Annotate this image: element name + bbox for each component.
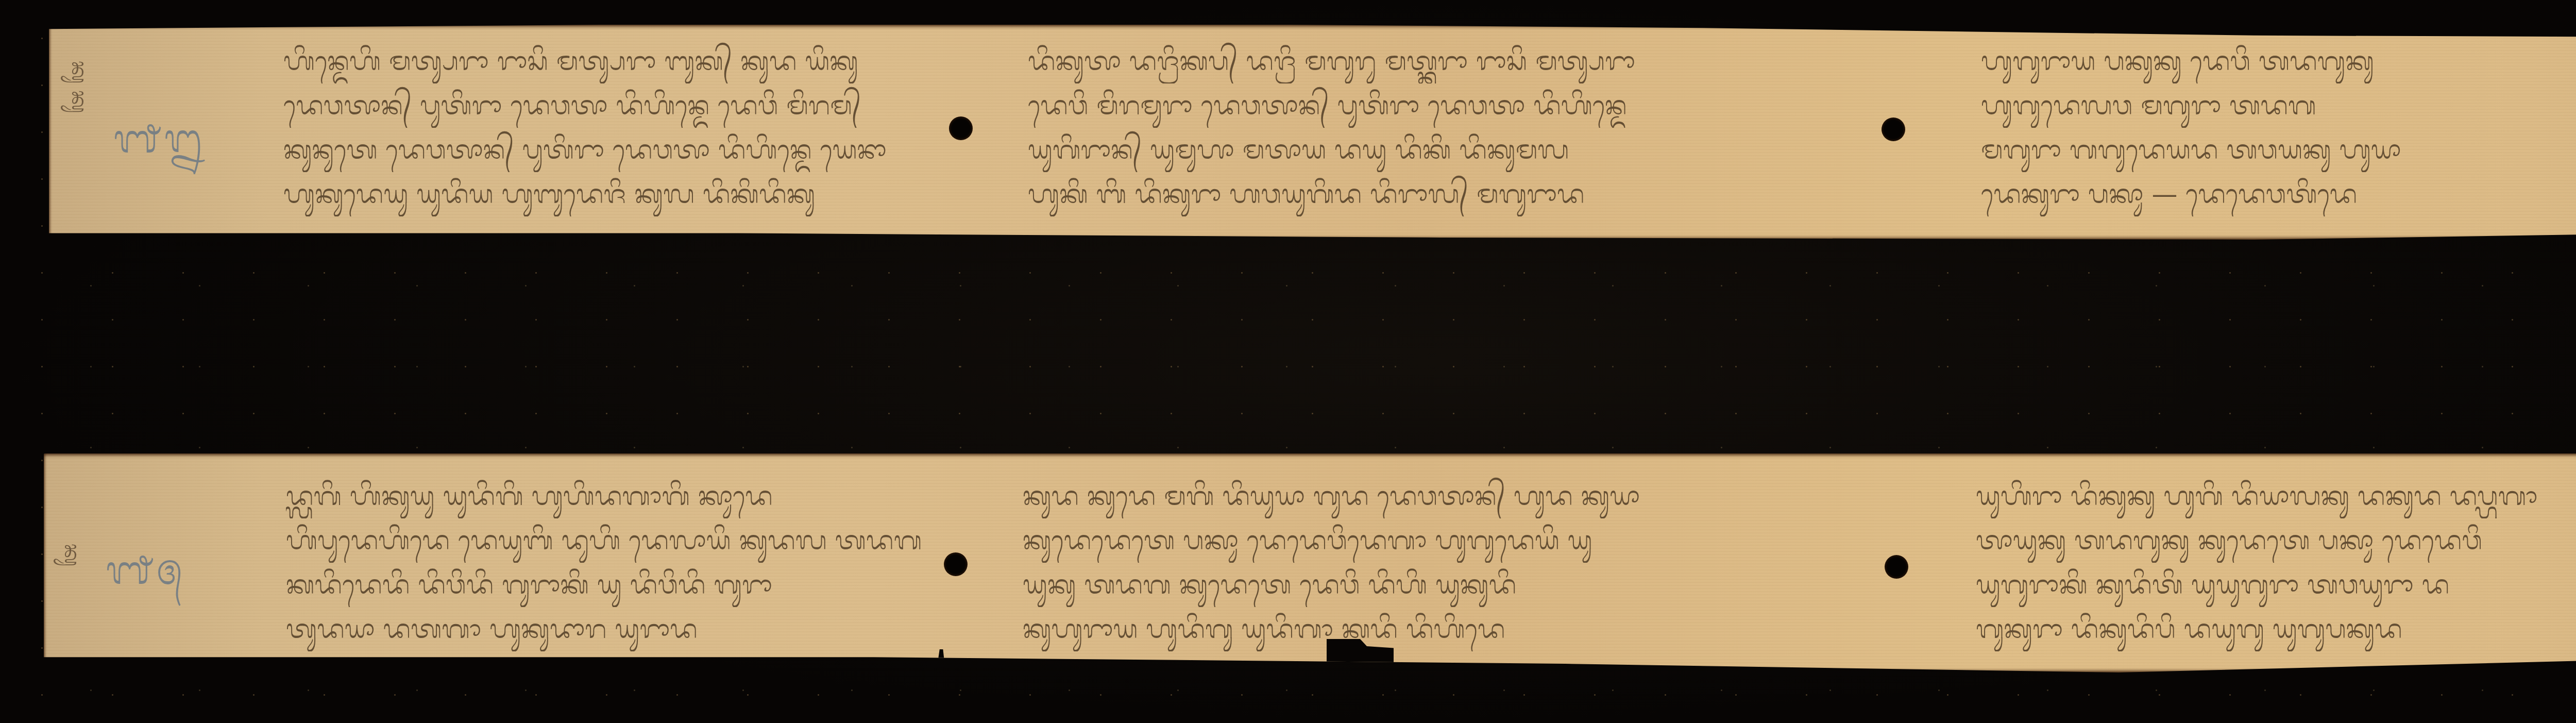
edge-tear [935, 649, 946, 680]
text-line: ᬕᬸᬓᬸᬭᬵ ᬤᬶᬓᬸᬤᬶᬧᬶ ᬤᬬᬸᬕᬸ ᬬᬸᬕᬸᬧᬓᬸᬤ [1976, 607, 2538, 651]
text-line: ᬓᬸᬤᬾᬤᬾᬢᬾ ᬧᬓᬸᬵ ᬤᬾᬤᬾᬯᬶᬤᬾᬕᬵ ᬳᬸᬕᬸᬤᬾᬬᬶ ᬬᬸ [1023, 518, 1640, 563]
string-hole-right [1882, 117, 1905, 141]
text-column-middle: ᬤᬶᬓᬸᬢᬵ ᬤᬚ᭄ᬭᬶᬓᬧ᭄ ᬤᬚ᭄ᬭᬶ ᬫᬕᬸᬭᬸ ᬫᬢ᭄ᬓᬸᬭᬵ ᬭᬵᬲᬶ… [1028, 39, 1635, 216]
text-line: ᬫᬕᬸᬭᬵ ᬕᬕᬸᬤᬾᬬᬤ ᬢᬯᬬᬓᬸ ᬳᬸᬬᬵ [1981, 128, 2401, 172]
text-line: ᬳᬸᬓᬸᬤᬾᬬᬸ ᬬᬸᬤᬶᬬ ᬳᬸᬩᬸᬤᬾᬚᬶ ᬓᬸᬮ ᬤᬶᬓᬶᬤᬶᬓᬸ [283, 172, 887, 216]
text-line: ᬤᬶᬓᬸᬢᬵ ᬤᬚ᭄ᬭᬶᬓᬧ᭄ ᬤᬚ᭄ᬭᬶ ᬫᬕᬸᬭᬸ ᬫᬢ᭄ᬓᬸᬭᬵ ᬭᬵᬲᬶ… [1028, 39, 1635, 83]
text-line: ᬤᬾᬯᬶ ᬫᬶᬭᬫᬸᬭᬵ ᬤᬾᬯᬢᬵᬦ᭄ ᬧᬸᬢᬶᬭᬵ ᬤᬾᬯᬢᬵ ᬤᬶᬳᬶᬦ᭄… [1028, 83, 1635, 128]
text-line: ᬤ᭄ᬮᬸᬕᬶ ᬳᬶᬓᬸᬬᬸ ᬬᬸᬤᬶᬕᬶ ᬳᬸᬳᬶᬤᬕᬵᬕᬶ ᬓᬸᬵᬤᬾ [286, 474, 922, 518]
string-hole-left [944, 552, 968, 576]
text-line: ᬓᬤᬶᬤᬾᬤᬶ ᬤᬶᬯᬶᬤᬶ ᬕᬸᬭᬵᬓᬶ ᬬᬸ ᬤᬶᬯᬶᬤᬶ ᬕᬸᬭᬵ [286, 563, 922, 607]
folio-number: ᭑᭒ [113, 110, 205, 182]
margin-note: ᬓᬸ ᬓᬸ [60, 61, 97, 113]
text-line: ᬬᬸᬕᬸᬭᬵᬓᬶ ᬓᬸᬤᬶᬢᬶ ᬬᬸᬬᬸᬕᬸᬭᬵ ᬢᬯᬬᬸᬭᬵ ᬤ [1976, 563, 2538, 607]
text-line: ᬢᬵᬬᬸᬓᬸ ᬢᬤᬕᬸᬓᬸ ᬓᬸᬤᬾᬢᬾ ᬧᬓᬸᬵ ᬤᬾᬤᬾᬯᬶ [1976, 518, 2538, 563]
string-hole-left [949, 116, 973, 140]
text-column-left: ᬳᬶᬦ᭄ᬤᬾᬳᬶ ᬫᬢ᭄ᬲᬭᬵ ᬭᬵᬲᬶ ᬫᬢ᭄ᬲᬭᬵ ᬩᬸᬓ᭄ ᬓᬸᬤ ᬬᬶᬓ… [283, 39, 887, 216]
palm-leaf-folio-12: ᬓᬸ ᬓᬸ ᭑᭒ ᬳᬶᬦ᭄ᬤᬾᬳᬶ ᬫᬢ᭄ᬲᬭᬵ ᬭᬵᬲᬶ ᬫᬢ᭄ᬲᬭᬵ ᬩᬸᬓ… [49, 25, 2576, 240]
margin-note: ᬓᬸ [53, 544, 90, 566]
palm-leaf-folio-15: ᬓᬸ ᭑᭕ ᬤ᭄ᬮᬸᬕᬶ ᬳᬶᬓᬸᬬᬸ ᬬᬸᬤᬶᬕᬶ ᬳᬸᬳᬶᬤᬕᬵᬕᬶ ᬓᬸᬵ… [44, 453, 2576, 672]
string-hole-right [1885, 555, 1908, 579]
text-line: ᬬᬸᬳᬶᬭᬵ ᬤᬶᬓᬸᬓᬸ ᬳᬸᬕᬶ ᬤᬶᬬᬵᬮᬓᬸ ᬤᬓᬸᬤ ᬤᬧ᭄ᬳᬸᬕᬵ [1976, 474, 2538, 518]
text-line: ᬤᬾᬯᬢᬵᬦ᭄ ᬧᬸᬢᬶᬭᬵ ᬤᬾᬯᬢᬵ ᬤᬶᬳᬶᬦ᭄ᬤᬾ ᬤᬾᬯᬶ ᬫᬶᬭᬫ᭄ [283, 83, 887, 128]
text-line: ᬤᬾᬓᬸᬭᬵ ᬧᬓᬸᬵ — ᬤᬾᬤᬾᬯᬢᬶᬤᬾ [1981, 172, 2401, 216]
text-column-right: ᬬᬸᬳᬶᬭᬵ ᬤᬶᬓᬸᬓᬸ ᬳᬸᬕᬶ ᬤᬶᬬᬵᬮᬓᬸ ᬤᬓᬸᬤ ᬤᬧ᭄ᬳᬸᬕᬵ … [1976, 474, 2538, 651]
text-column-left: ᬤ᭄ᬮᬸᬕᬶ ᬳᬶᬓᬸᬬᬸ ᬬᬸᬤᬶᬕᬶ ᬳᬸᬳᬶᬤᬕᬵᬕᬶ ᬓᬸᬵᬤᬾ ᬳᬶᬧ… [286, 474, 922, 651]
text-line: ᬳᬸᬕᬸᬤᬾᬮᬯ ᬫᬕᬸᬭᬵ ᬢᬤᬕ [1981, 83, 2401, 128]
text-line: ᬬᬸᬓᬸ ᬢᬤᬕ ᬓᬸᬤᬾᬢᬾ ᬤᬾᬯᬶ ᬤᬶᬳᬶ ᬬᬸᬓᬸᬤᬶ [1023, 563, 1640, 607]
text-line: ᬢᬸᬤᬬᬵ ᬤᬢᬕᬵ ᬳᬸᬓᬸᬤᬵᬭ ᬬᬸᬭᬵᬤ [286, 607, 922, 651]
text-line: ᬳᬶᬦ᭄ᬤᬾᬳᬶ ᬫᬢ᭄ᬲᬭᬵ ᬭᬵᬲᬶ ᬫᬢ᭄ᬲᬭᬵ ᬩᬸᬓ᭄ ᬓᬸᬤ ᬬᬶᬓ… [283, 39, 887, 83]
text-line: ᬓᬸᬤ ᬓᬸᬤᬾ ᬫᬕᬶ ᬤᬶᬬᬸᬬᬵ ᬕᬸᬤ ᬤᬾᬯᬢᬵᬦ᭄ ᬳᬸᬤ ᬓᬸᬬᬵ [1023, 474, 1640, 518]
text-column-middle: ᬓᬸᬤ ᬓᬸᬤᬾ ᬫᬕᬶ ᬤᬶᬬᬸᬬᬵ ᬕᬸᬤ ᬤᬾᬯᬢᬵᬦ᭄ ᬳᬸᬤ ᬓᬸᬬᬵ… [1023, 474, 1640, 651]
text-line: ᬓᬸᬦᬸᬢᬾ ᬤᬾᬯᬢᬵᬦ᭄ ᬧᬸᬢᬶᬭᬵ ᬤᬾᬯᬢᬵ ᬤᬶᬳᬶᬦ᭄ᬤᬾ ᬬᬾᬦ… [283, 128, 887, 172]
text-line: ᬳᬸᬕᬸᬭᬵᬬ ᬧᬓᬸᬓᬸ ᬤᬾᬯᬶ ᬢᬤᬕᬸᬓᬸ [1981, 39, 2401, 83]
text-line: ᬳᬶᬧᬸᬤᬾᬳᬶᬤᬾ ᬤᬾᬬᬸᬩᬶ ᬤᬸᬳᬶ ᬤᬾᬮᬵᬬᬶ ᬓᬸᬤᬮ ᬢᬤᬕ [286, 518, 922, 563]
text-line: ᬬᬸᬕᬶᬭᬵᬦ᭄ ᬬᬸᬫᬸᬳᬵ ᬫᬢᬵᬬ ᬤᬬᬸ ᬤᬶᬓᬶ ᬤᬶᬓᬸᬫᬮ [1028, 128, 1635, 172]
text-line: ᬳᬸᬓᬶ ᬩᬶ ᬤᬶᬓᬸᬭᬵ ᬳᬯᬬᬸᬕᬶᬤ ᬤᬶᬭᬵᬮ᭄ ᬫᬕᬸᬭᬵᬤ [1028, 172, 1635, 216]
folio-number: ᭑᭕ [106, 541, 185, 613]
text-column-right: ᬳᬸᬕᬸᬭᬵᬬ ᬧᬓᬸᬓᬸ ᬤᬾᬯᬶ ᬢᬤᬕᬸᬓᬸ ᬳᬸᬕᬸᬤᬾᬮᬯ ᬫᬕᬸᬭᬵ… [1981, 39, 2401, 216]
